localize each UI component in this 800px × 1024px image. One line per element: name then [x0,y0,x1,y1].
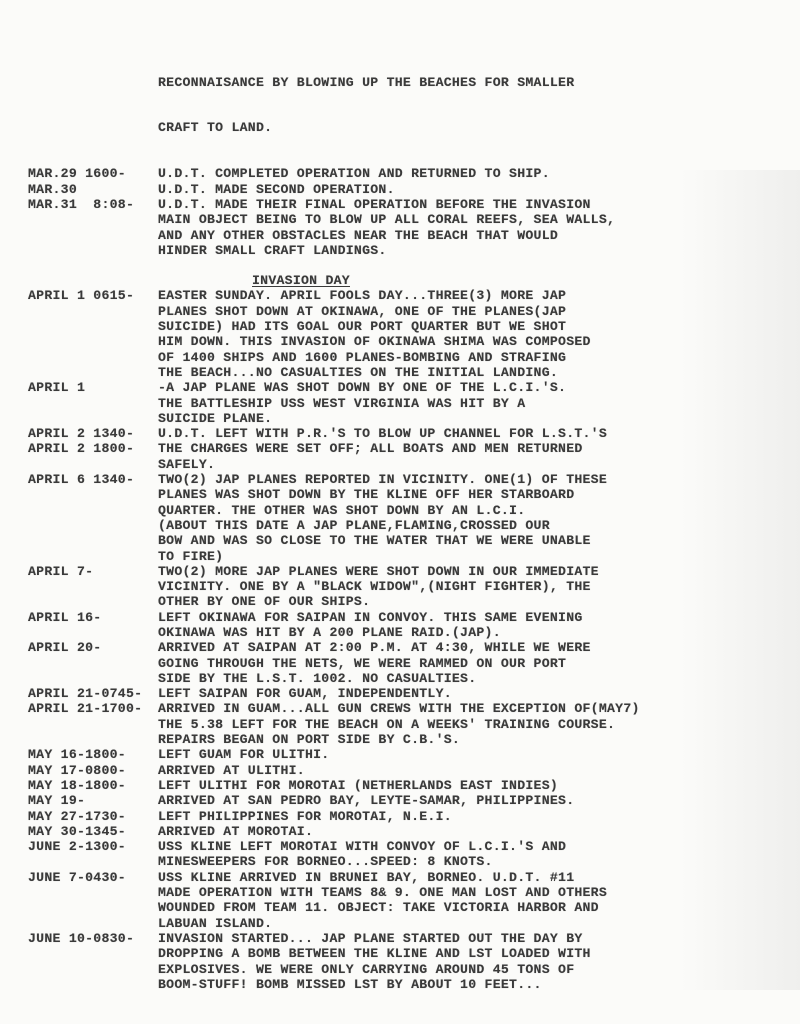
entry-text: ARRIVED AT SAN PEDRO BAY, LEYTE-SAMAR, P… [158,793,788,808]
entry-line: SAFELY. [158,457,788,472]
entry-line: EXPLOSIVES. WE WERE ONLY CARRYING AROUND… [158,962,788,977]
entry-line: THE 5.38 LEFT FOR THE BEACH ON A WEEKS' … [158,717,788,732]
log-entry: MAY 17-0800-ARRIVED AT ULITHI. [28,763,788,778]
entry-line: LEFT OKINAWA FOR SAIPAN IN CONVOY. THIS … [158,610,788,625]
entry-line: WOUNDED FROM TEAM 11. OBJECT: TAKE VICTO… [158,900,788,915]
entry-date: MAY 27-1730- [28,809,158,824]
log-entry: APRIL 1-A JAP PLANE WAS SHOT DOWN BY ONE… [28,380,788,426]
entry-date: APRIL 1 0615- [28,288,158,380]
log-entry: MAY 19-ARRIVED AT SAN PEDRO BAY, LEYTE-S… [28,793,788,808]
entry-line: SUICIDE) HAD ITS GOAL OUR PORT QUARTER B… [158,319,788,334]
section-heading: INVASION DAY [252,273,350,288]
entry-date: APRIL 21-1700- [28,701,158,747]
log-entry: MAY 18-1800-LEFT ULITHI FOR MOROTAI (NET… [28,778,788,793]
log-entry: APRIL 1 0615-EASTER SUNDAY. APRIL FOOLS … [28,288,788,380]
entry-line: DROPPING A BOMB BETWEEN THE KLINE AND LS… [158,946,788,961]
entry-text: TWO(2) MORE JAP PLANES WERE SHOT DOWN IN… [158,564,788,610]
entry-date: MAR.29 1600- [28,166,158,181]
entry-text: THE CHARGES WERE SET OFF; ALL BOATS AND … [158,441,788,472]
entry-line: USS KLINE ARRIVED IN BRUNEI BAY, BORNEO.… [158,870,788,885]
entry-line: LEFT ULITHI FOR MOROTAI (NETHERLANDS EAS… [158,778,788,793]
entry-date: JUNE 7-0430- [28,870,158,931]
log-entry: MAY 27-1730-LEFT PHILIPPINES FOR MOROTAI… [28,809,788,824]
entry-line: ARRIVED IN GUAM...ALL GUN CREWS WITH THE… [158,701,788,716]
entry-text: USS KLINE ARRIVED IN BRUNEI BAY, BORNEO.… [158,870,788,931]
entry-line: REPAIRS BEGAN ON PORT SIDE BY C.B.'S. [158,732,788,747]
entry-line: OF 1400 SHIPS AND 1600 PLANES-BOMBING AN… [158,350,788,365]
entry-line: THE CHARGES WERE SET OFF; ALL BOATS AND … [158,441,788,456]
entry-line: PLANES WAS SHOT DOWN BY THE KLINE OFF HE… [158,487,788,502]
entry-line: U.D.T. MADE THEIR FINAL OPERATION BEFORE… [158,197,788,212]
log-entry: APRIL 6 1340-TWO(2) JAP PLANES REPORTED … [28,472,788,564]
entry-text: U.D.T. LEFT WITH P.R.'S TO BLOW UP CHANN… [158,426,788,441]
entry-line: GOING THROUGH THE NETS, WE WERE RAMMED O… [158,656,788,671]
entry-date: APRIL 20- [28,640,158,686]
entry-line: ARRIVED AT SAIPAN AT 2:00 P.M. AT 4:30, … [158,640,788,655]
entry-line: ARRIVED AT ULITHI. [158,763,788,778]
entry-text: LEFT PHILIPPINES FOR MOROTAI, N.E.I. [158,809,788,824]
entry-line: MINESWEEPERS FOR BORNEO...SPEED: 8 KNOTS… [158,854,788,869]
entry-line: VICINITY. ONE BY A "BLACK WIDOW",(NIGHT … [158,579,788,594]
entry-line: TWO(2) MORE JAP PLANES WERE SHOT DOWN IN… [158,564,788,579]
entry-line: QUARTER. THE OTHER WAS SHOT DOWN BY AN L… [158,503,788,518]
entry-line: EASTER SUNDAY. APRIL FOOLS DAY...THREE(3… [158,288,788,303]
entry-date: MAY 18-1800- [28,778,158,793]
entry-line: SIDE BY THE L.S.T. 1002. NO CASUALTIES. [158,671,788,686]
entry-line: HIM DOWN. THIS INVASION OF OKINAWA SHIMA… [158,334,788,349]
entry-text: LEFT ULITHI FOR MOROTAI (NETHERLANDS EAS… [158,778,788,793]
entry-line: INVASION STARTED... JAP PLANE STARTED OU… [158,931,788,946]
entry-text: U.D.T. MADE SECOND OPERATION. [158,182,788,197]
log-entry: MAY 16-1800-LEFT GUAM FOR ULITHI. [28,747,788,762]
entry-text: ARRIVED AT ULITHI. [158,763,788,778]
entry-date: MAY 19- [28,793,158,808]
entry-date: JUNE 10-0830- [28,931,158,992]
entry-text: EASTER SUNDAY. APRIL FOOLS DAY...THREE(3… [158,288,788,380]
entry-date: MAY 16-1800- [28,747,158,762]
entry-text: INVASION STARTED... JAP PLANE STARTED OU… [158,931,788,992]
entry-text: LEFT GUAM FOR ULITHI. [158,747,788,762]
entry-date: APRIL 2 1800- [28,441,158,472]
invasion-entries: APRIL 1 0615-EASTER SUNDAY. APRIL FOOLS … [28,288,788,992]
entry-line: THE BATTLESHIP USS WEST VIRGINIA WAS HIT… [158,396,788,411]
entry-line: BOOM-STUFF! BOMB MISSED LST BY ABOUT 10 … [158,977,788,992]
log-entry: JUNE 2-1300-USS KLINE LEFT MOROTAI WITH … [28,839,788,870]
entry-date: MAY 17-0800- [28,763,158,778]
entry-date: APRIL 16- [28,610,158,641]
entry-text: U.D.T. COMPLETED OPERATION AND RETURNED … [158,166,788,181]
entry-line: ARRIVED AT SAN PEDRO BAY, LEYTE-SAMAR, P… [158,793,788,808]
entry-line: LEFT PHILIPPINES FOR MOROTAI, N.E.I. [158,809,788,824]
log-entry: MAR.31 8:08-U.D.T. MADE THEIR FINAL OPER… [28,197,788,258]
intro-paragraph: RECONNAISANCE BY BLOWING UP THE BEACHES … [28,44,788,166]
entry-line: USS KLINE LEFT MOROTAI WITH CONVOY OF L.… [158,839,788,854]
entry-line: MAIN OBJECT BEING TO BLOW UP ALL CORAL R… [158,212,788,227]
log-entry: APRIL 2 1340-U.D.T. LEFT WITH P.R.'S TO … [28,426,788,441]
entry-text: -A JAP PLANE WAS SHOT DOWN BY ONE OF THE… [158,380,788,426]
log-entry: MAY 30-1345-ARRIVED AT MOROTAI. [28,824,788,839]
entry-line: OTHER BY ONE OF OUR SHIPS. [158,594,788,609]
entry-line: MADE OPERATION WITH TEAMS 8& 9. ONE MAN … [158,885,788,900]
log-entry: APRIL 16-LEFT OKINAWA FOR SAIPAN IN CONV… [28,610,788,641]
entry-date: APRIL 2 1340- [28,426,158,441]
entry-line: HINDER SMALL CRAFT LANDINGS. [158,243,788,258]
entry-line: ARRIVED AT MOROTAI. [158,824,788,839]
log-entry: APRIL 20-ARRIVED AT SAIPAN AT 2:00 P.M. … [28,640,788,686]
entry-text: U.D.T. MADE THEIR FINAL OPERATION BEFORE… [158,197,788,258]
entry-line: U.D.T. MADE SECOND OPERATION. [158,182,788,197]
entry-text: ARRIVED AT SAIPAN AT 2:00 P.M. AT 4:30, … [158,640,788,686]
entry-line: TO FIRE) [158,549,788,564]
entry-date: MAR.30 [28,182,158,197]
log-entry: MAR.30U.D.T. MADE SECOND OPERATION. [28,182,788,197]
entry-line: PLANES SHOT DOWN AT OKINAWA, ONE OF THE … [158,304,788,319]
entry-date: APRIL 7- [28,564,158,610]
entry-line: BOW AND WAS SO CLOSE TO THE WATER THAT W… [158,533,788,548]
entry-line: LEFT SAIPAN FOR GUAM, INDEPENDENTLY. [158,686,788,701]
log-entry: JUNE 10-0830-INVASION STARTED... JAP PLA… [28,931,788,992]
typed-log-page: RECONNAISANCE BY BLOWING UP THE BEACHES … [28,44,788,992]
log-entry: MAR.29 1600-U.D.T. COMPLETED OPERATION A… [28,166,788,181]
pre-invasion-entries: MAR.29 1600-U.D.T. COMPLETED OPERATION A… [28,166,788,258]
log-entry: APRIL 2 1800-THE CHARGES WERE SET OFF; A… [28,441,788,472]
entry-line: -A JAP PLANE WAS SHOT DOWN BY ONE OF THE… [158,380,788,395]
entry-text: ARRIVED AT MOROTAI. [158,824,788,839]
entry-line: U.D.T. LEFT WITH P.R.'S TO BLOW UP CHANN… [158,426,788,441]
intro-text: RECONNAISANCE BY BLOWING UP THE BEACHES … [158,44,788,166]
entry-line: THE BEACH...NO CASUALTIES ON THE INITIAL… [158,365,788,380]
entry-line: LEFT GUAM FOR ULITHI. [158,747,788,762]
entry-date: APRIL 6 1340- [28,472,158,564]
entry-text: LEFT SAIPAN FOR GUAM, INDEPENDENTLY. [158,686,788,701]
entry-line: LABUAN ISLAND. [158,916,788,931]
entry-date: JUNE 2-1300- [28,839,158,870]
log-entry: APRIL 7-TWO(2) MORE JAP PLANES WERE SHOT… [28,564,788,610]
entry-line: AND ANY OTHER OBSTACLES NEAR THE BEACH T… [158,228,788,243]
entry-text: USS KLINE LEFT MOROTAI WITH CONVOY OF L.… [158,839,788,870]
entry-date: MAR.31 8:08- [28,197,158,258]
entry-text: LEFT OKINAWA FOR SAIPAN IN CONVOY. THIS … [158,610,788,641]
log-entry: JUNE 7-0430-USS KLINE ARRIVED IN BRUNEI … [28,870,788,931]
log-entry: APRIL 21-1700-ARRIVED IN GUAM...ALL GUN … [28,701,788,747]
entry-line: U.D.T. COMPLETED OPERATION AND RETURNED … [158,166,788,181]
entry-date: APRIL 21-0745- [28,686,158,701]
entry-text: ARRIVED IN GUAM...ALL GUN CREWS WITH THE… [158,701,788,747]
entry-date: MAY 30-1345- [28,824,158,839]
section-heading-row: INVASION DAY [28,273,788,288]
entry-line: (ABOUT THIS DATE A JAP PLANE,FLAMING,CRO… [158,518,788,533]
log-entry: APRIL 21-0745-LEFT SAIPAN FOR GUAM, INDE… [28,686,788,701]
entry-date: APRIL 1 [28,380,158,426]
entry-text: TWO(2) JAP PLANES REPORTED IN VICINITY. … [158,472,788,564]
entry-line: SUICIDE PLANE. [158,411,788,426]
entry-line: TWO(2) JAP PLANES REPORTED IN VICINITY. … [158,472,788,487]
entry-line: OKINAWA WAS HIT BY A 200 PLANE RAID.(JAP… [158,625,788,640]
